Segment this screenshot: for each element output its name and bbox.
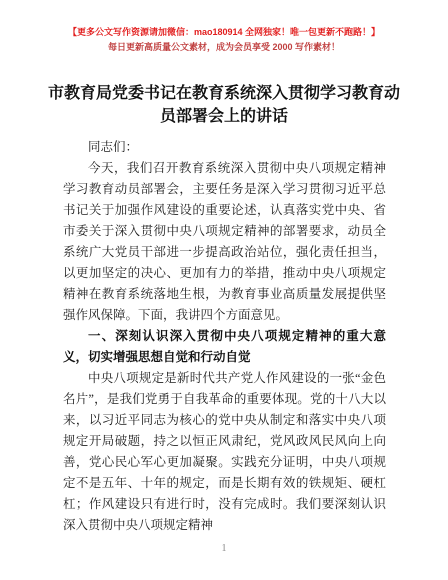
section-heading-1: 一、深刻认识深入贯彻中央八项规定精神的重大意义，切实增强思想自觉和行动自觉 — [63, 326, 386, 368]
watermark-line-1: 【更多公文写作资源请加微信：mao180914 全网独家！唯一包更新不跑路！】 — [0, 25, 448, 39]
watermark-header: 【更多公文写作资源请加微信：mao180914 全网独家！唯一包更新不跑路！】 … — [0, 25, 448, 54]
paragraph-section-1: 中央八项规定是新时代共产党人作风建设的一张“金色名片”，是我们党勇于自我革命的重… — [63, 368, 386, 536]
paragraph-intro: 今天，我们召开教育系统深入贯彻中央八项规定精神学习教育动员部署会，主要任务是深入… — [63, 158, 386, 326]
document-body: 同志们： 今天，我们召开教育系统深入贯彻中央八项规定精神学习教育动员部署会，主要… — [63, 137, 386, 536]
salutation: 同志们： — [63, 137, 386, 158]
document-title: 市教育局党委书记在教育系统深入贯彻学习教育动员部署会上的讲话 — [42, 82, 406, 128]
watermark-line-2: 每日更新高质量公文素材，成为会员享受 2000 写作素材！ — [0, 40, 448, 54]
document-page: 【更多公文写作资源请加微信：mao180914 全网独家！唯一包更新不跑路！】 … — [0, 0, 448, 580]
page-number: 1 — [0, 543, 448, 554]
